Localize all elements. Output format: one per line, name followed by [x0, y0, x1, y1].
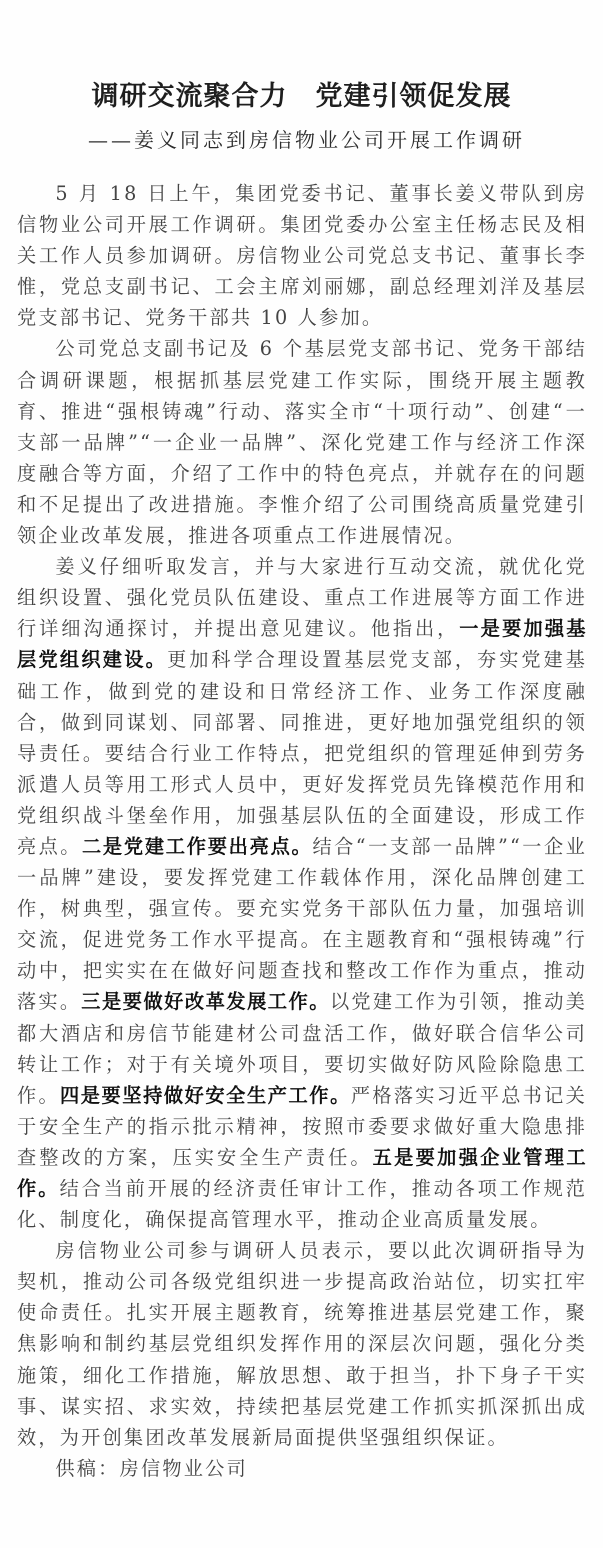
key-point-2: 二是党建工作要出亮点。: [82, 835, 313, 858]
paragraph-3: 姜义仔细听取发言，并与大家进行互动交流，就优化党组织设置、强化党员队伍建设、重点…: [17, 551, 587, 1235]
paragraph-2: 公司党总支副书记及 6 个基层党支部书记、党务干部结合调研课题，根据抓基层党建工…: [17, 333, 587, 551]
paragraph-text: 更加科学合理设置基层党支部，夯实党建基础工作，做到党的建设和日常经济工作、业务工…: [17, 648, 587, 858]
paragraph-text: 公司党总支副书记及 6 个基层党支部书记、党务干部结合调研课题，根据抓基层党建工…: [17, 337, 587, 547]
paragraph-text: 5 月 18 日上午，集团党委书记、董事长姜义带队到房信物业公司开展工作调研。集…: [17, 182, 587, 329]
article-title: 调研交流聚合力 党建引领促发展: [0, 74, 603, 113]
paragraph-text: 结合“一支部一品牌”“一企业一品牌”建设，要发挥党建工作载体作用，深化品牌创建工…: [17, 835, 587, 1013]
article-credit: 供稿：房信物业公司: [17, 1453, 587, 1484]
key-point-4: 四是要坚持做好安全生产工作。: [60, 1084, 351, 1107]
paragraph-1: 5 月 18 日上午，集团党委书记、董事长姜义带队到房信物业公司开展工作调研。集…: [17, 178, 587, 333]
paragraph-text: 结合当前开展的经济责任审计工作，推动各项工作规范化、制度化，确保提高管理水平，推…: [17, 1177, 587, 1231]
article-subtitle: ——姜义同志到房信物业公司开展工作调研: [88, 124, 525, 153]
key-point-3: 三是要做好改革发展工作。: [81, 990, 330, 1013]
paragraph-text: 房信物业公司参与调研人员表示，要以此次调研指导为契机，推动公司各级党组织进一步提…: [17, 1239, 587, 1449]
article-body: 5 月 18 日上午，集团党委书记、董事长姜义带队到房信物业公司开展工作调研。集…: [17, 178, 587, 1484]
document-page: 调研交流聚合力 党建引领促发展 ——姜义同志到房信物业公司开展工作调研 5 月 …: [0, 0, 603, 1548]
paragraph-4: 房信物业公司参与调研人员表示，要以此次调研指导为契机，推动公司各级党组织进一步提…: [17, 1235, 587, 1453]
